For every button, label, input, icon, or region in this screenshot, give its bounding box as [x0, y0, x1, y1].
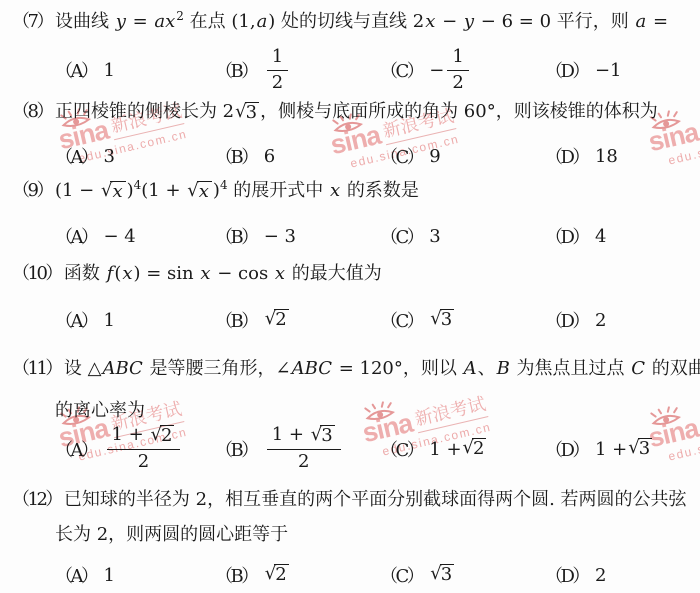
option-label: （C） — [380, 143, 422, 169]
option-value: 1 + √22 — [104, 425, 184, 472]
question-12-text-line-2: 长为 2，则两圆的圆心距等于 — [0, 523, 700, 547]
fraction-denominator: 2 — [267, 449, 341, 473]
math-variable: x — [198, 181, 210, 202]
option-label: （D） — [545, 223, 588, 249]
option-value: 1 + √32 — [264, 425, 344, 472]
option-label: （A） — [55, 307, 97, 333]
math-variable: a — [256, 11, 269, 32]
question-number: （9） — [12, 180, 52, 201]
fraction: 12 — [447, 47, 468, 93]
option-b: （B）12 — [215, 47, 291, 93]
option-label: （D） — [545, 562, 588, 588]
option-b: （B）6 — [215, 144, 275, 168]
option-value: 6 — [264, 146, 275, 167]
math-variable: f — [106, 263, 115, 284]
question-number: （11） — [12, 358, 61, 379]
option-b: （B）√2 — [215, 306, 290, 334]
option-value: 1 + √3 — [595, 438, 653, 460]
math-variable: ax — [153, 11, 176, 32]
option-value: 1 — [104, 310, 115, 331]
superscript: 2 — [176, 9, 184, 23]
math-variable: ABC — [291, 358, 333, 379]
exam-document: （7）设曲线 y = ax2 在点 (1,a) 处的切线与直线 2x − y −… — [0, 0, 700, 589]
option-label: （C） — [380, 562, 422, 588]
question-8: （8）正四棱锥的侧棱长为 2√3，侧棱与底面所成的角为 60°，则该棱锥的体积为… — [0, 100, 700, 168]
question-number: （10） — [12, 263, 61, 284]
option-a: （A）− 4 — [55, 224, 136, 248]
option-label: （B） — [215, 223, 257, 249]
question-7-options: （A）1（B）12（C）−12（D）−1 — [0, 47, 700, 93]
question-text-content: 函数 f(x) = sin x − cos x 的最大值为 — [64, 263, 382, 284]
option-label: （D） — [545, 307, 588, 333]
option-value: − 4 — [104, 226, 136, 247]
sqrt-radical: √3 — [235, 102, 259, 124]
option-label: （C） — [380, 57, 422, 83]
option-label: （A） — [55, 436, 97, 462]
question-text-content: 的离心率为 — [55, 400, 145, 421]
option-value: √2 — [264, 564, 290, 586]
option-label: （B） — [215, 562, 257, 588]
question-11-text-line-2: 的离心率为 — [0, 399, 700, 423]
math-variable: y — [115, 11, 127, 32]
sqrt-radical: √2 — [265, 564, 289, 586]
math-variable: x — [424, 11, 436, 32]
option-value: √2 — [264, 309, 290, 331]
fraction-numerator: 1 + √2 — [107, 425, 181, 449]
option-d: （D）1 + √3 — [545, 425, 653, 473]
question-8-text: （8）正四棱锥的侧棱长为 2√3，侧棱与底面所成的角为 60°，则该棱锥的体积为 — [0, 100, 700, 124]
question-10: （10）函数 f(x) = sin x − cos x 的最大值为 （A）1（B… — [0, 262, 700, 334]
question-11-options: （A）1 + √22（B）1 + √32（C）1 + √2（D）1 + √3 — [0, 425, 700, 473]
option-value: −12 — [429, 47, 472, 93]
option-value: 3 — [104, 146, 115, 167]
question-12-text-line-1: （12）已知球的半径为 2，相互垂直的两个平面分别截球面得两个圆. 若两圆的公共… — [0, 488, 700, 512]
sqrt-radical: √2 — [463, 438, 487, 460]
option-value: 9 — [429, 146, 440, 167]
fraction: 1 + √22 — [107, 425, 181, 472]
math-variable: y — [463, 11, 475, 32]
sqrt-radical: √3 — [311, 425, 335, 447]
option-b: （B）1 + √32 — [215, 425, 344, 473]
question-text-content: 设曲线 y = ax2 在点 (1,a) 处的切线与直线 2x − y − 6 … — [55, 11, 668, 32]
option-label: （D） — [545, 57, 588, 83]
question-10-text: （10）函数 f(x) = sin x − cos x 的最大值为 — [0, 262, 700, 286]
sqrt-radical: √x — [187, 181, 212, 203]
option-c: （C）√3 — [380, 561, 455, 589]
question-text-content: 长为 2，则两圆的圆心距等于 — [55, 524, 288, 545]
option-label: （C） — [380, 223, 422, 249]
option-value: 2 — [595, 565, 606, 586]
sqrt-radical: √3 — [628, 438, 652, 460]
math-variable: x — [199, 263, 211, 284]
fraction-numerator: 1 + √3 — [267, 425, 341, 449]
option-label: （A） — [55, 562, 97, 588]
option-value: 1 — [104, 60, 115, 81]
option-value: √3 — [429, 309, 455, 331]
option-c: （C）3 — [380, 224, 441, 248]
sqrt-radical: √2 — [265, 309, 289, 331]
option-value: 1 + √2 — [429, 438, 487, 460]
math-variable: a — [634, 11, 647, 32]
math-variable: x — [121, 263, 133, 284]
question-9: （9）(1 − √x)4(1 + √x)4 的展开式中 x 的系数是 （A）− … — [0, 179, 700, 248]
option-c: （C）−12 — [380, 47, 472, 93]
math-variable: C — [630, 358, 646, 379]
option-label: （A） — [55, 223, 97, 249]
fraction-denominator: 2 — [107, 449, 181, 473]
math-variable: x — [274, 263, 286, 284]
question-number: （12） — [12, 489, 61, 510]
option-label: （A） — [55, 143, 97, 169]
option-a: （A）3 — [55, 144, 115, 168]
option-label: （D） — [545, 143, 588, 169]
superscript: 4 — [220, 178, 228, 192]
exam-page: sina新浪考试edu.sina.com.cn sina新浪考试edu.sina… — [0, 0, 700, 593]
question-number: （8） — [12, 101, 52, 122]
fraction: 1 + √32 — [267, 425, 341, 472]
option-label: （C） — [380, 307, 422, 333]
option-a: （A）1 — [55, 561, 115, 589]
sqrt-radical: √2 — [150, 425, 174, 447]
option-value: 12 — [264, 47, 291, 93]
option-value: 2 — [595, 310, 606, 331]
sqrt-radical: √x — [101, 181, 126, 203]
question-text-content: 设 △ABC 是等腰三角形，∠ABC = 120°，则以 A、B 为焦点且过点 … — [64, 358, 700, 379]
option-b: （B）√2 — [215, 561, 290, 589]
question-12: （12）已知球的半径为 2，相互垂直的两个平面分别截球面得两个圆. 若两圆的公共… — [0, 488, 700, 589]
question-7: （7）设曲线 y = ax2 在点 (1,a) 处的切线与直线 2x − y −… — [0, 10, 700, 93]
fraction-denominator: 2 — [447, 70, 468, 94]
math-variable: ABC — [101, 358, 143, 379]
option-c: （C）√3 — [380, 306, 455, 334]
question-text-content: 已知球的半径为 2，相互垂直的两个平面分别截球面得两个圆. 若两圆的公共弦 — [64, 489, 687, 510]
option-label: （C） — [380, 436, 422, 462]
option-value: √3 — [429, 564, 455, 586]
fraction-denominator: 2 — [267, 70, 288, 94]
option-label: （B） — [215, 143, 257, 169]
question-10-options: （A）1（B）√2（C）√3（D）2 — [0, 306, 700, 334]
option-value: − 3 — [264, 226, 296, 247]
math-variable: B — [496, 358, 511, 379]
option-d: （D）18 — [545, 144, 618, 168]
math-variable: A — [463, 358, 478, 379]
option-d: （D）2 — [545, 306, 606, 334]
fraction-numerator: 1 — [267, 47, 288, 70]
option-value: 18 — [595, 146, 618, 167]
question-11-text-line-1: （11）设 △ABC 是等腰三角形，∠ABC = 120°，则以 A、B 为焦点… — [0, 357, 700, 381]
option-b: （B）− 3 — [215, 224, 296, 248]
fraction: 12 — [267, 47, 288, 93]
option-d: （D）4 — [545, 224, 606, 248]
question-9-text: （9）(1 − √x)4(1 + √x)4 的展开式中 x 的系数是 — [0, 179, 700, 203]
math-variable: x — [111, 181, 123, 202]
question-12-options: （A）1（B）√2（C）√3（D）2 — [0, 561, 700, 589]
question-text-content: (1 − √x)4(1 + √x)4 的展开式中 x 的系数是 — [55, 180, 419, 201]
option-value: 3 — [429, 226, 440, 247]
option-label: （B） — [215, 436, 257, 462]
option-label: （B） — [215, 307, 257, 333]
math-variable: x — [329, 180, 341, 201]
question-number: （7） — [12, 11, 52, 32]
option-label: （D） — [545, 436, 588, 462]
option-value: 1 — [104, 565, 115, 586]
option-c: （C）1 + √2 — [380, 425, 487, 473]
option-a: （A）1 + √22 — [55, 425, 183, 473]
sqrt-radical: √3 — [430, 309, 454, 331]
option-label: （B） — [215, 57, 257, 83]
option-d: （D）−1 — [545, 47, 621, 93]
option-a: （A）1 — [55, 47, 115, 93]
sqrt-radical: √3 — [430, 564, 454, 586]
option-value: 4 — [595, 226, 606, 247]
question-7-text: （7）设曲线 y = ax2 在点 (1,a) 处的切线与直线 2x − y −… — [0, 10, 700, 34]
option-d: （D）2 — [545, 561, 606, 589]
question-text-content: 正四棱锥的侧棱长为 2√3，侧棱与底面所成的角为 60°，则该棱锥的体积为 — [55, 101, 658, 122]
option-a: （A）1 — [55, 306, 115, 334]
question-8-options: （A）3（B）6（C）9（D）18 — [0, 144, 700, 168]
option-value: −1 — [595, 60, 622, 81]
option-label: （A） — [55, 57, 97, 83]
question-11: （11）设 △ABC 是等腰三角形，∠ABC = 120°，则以 A、B 为焦点… — [0, 357, 700, 473]
fraction-numerator: 1 — [447, 47, 468, 70]
option-c: （C）9 — [380, 144, 441, 168]
question-9-options: （A）− 4（B）− 3（C）3（D）4 — [0, 224, 700, 248]
